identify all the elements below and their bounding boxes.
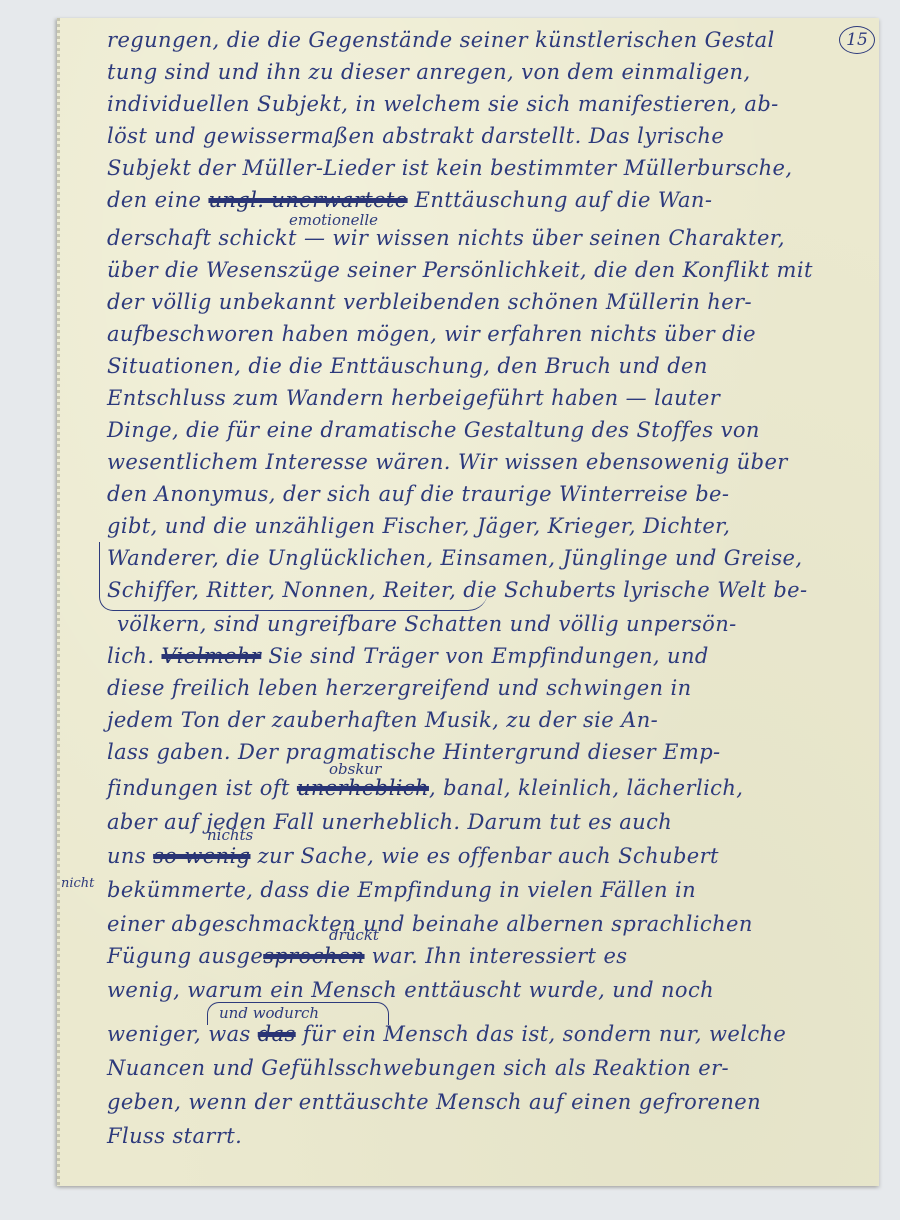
line-20-after: Sie sind Träger von Empfindungen, und xyxy=(261,644,709,668)
text-line-6: den eine ungl. unerwartete Enttäuschung … xyxy=(107,188,712,212)
text-line-17: Wanderer, die Unglücklichen, Einsamen, J… xyxy=(107,546,802,570)
text-line-12: Entschluss zum Wandern herbeigeführt hab… xyxy=(107,386,720,410)
text-line-2: tung sind und ihn zu dieser anregen, von… xyxy=(107,60,751,84)
margin-insertion-nicht: nicht xyxy=(61,876,94,891)
text-line-11: Situationen, die die Enttäuschung, den B… xyxy=(107,354,708,378)
line-6-before: den eine xyxy=(107,188,208,212)
text-line-16: gibt, und die unzähligen Fischer, Jäger,… xyxy=(107,514,730,538)
text-line-26: uns so wenig zur Sache, wie es offenbar … xyxy=(107,844,719,868)
text-line-15: den Anonymus, der sich auf die traurige … xyxy=(107,482,729,506)
line-26-before: uns xyxy=(107,844,153,868)
line-31-before: weniger, was xyxy=(107,1022,258,1046)
text-line-28: einer abgeschmackten und beinahe alberne… xyxy=(107,912,753,936)
text-line-25: aber auf jeden Fall unerheblich. Darum t… xyxy=(107,810,672,834)
line-29-after: war. Ihn interessiert es xyxy=(365,944,628,968)
text-line-18: Schiffer, Ritter, Nonnen, Reiter, die Sc… xyxy=(107,578,808,602)
line-31-after: für ein Mensch das ist, sondern nur, wel… xyxy=(296,1022,787,1046)
line-24-before: findungen ist oft xyxy=(107,776,297,800)
line-24-after: , banal, kleinlich, lächerlich, xyxy=(429,776,743,800)
manuscript-page: 15 regungen, die die Gegenstände seiner … xyxy=(57,18,879,1186)
text-line-8: über die Wesenszüge seiner Persönlichkei… xyxy=(107,258,813,282)
line-20-before: lich. xyxy=(107,644,161,668)
struck-text: sprochen xyxy=(263,944,364,968)
text-line-31: weniger, was das für ein Mensch das ist,… xyxy=(107,1022,786,1046)
text-line-20: lich. Vielmehr Sie sind Träger von Empfi… xyxy=(107,644,709,668)
line-29-before: Fügung ausge xyxy=(107,944,263,968)
text-line-4: löst und gewissermaßen abstrakt darstell… xyxy=(107,124,724,148)
text-line-21: diese freilich leben herzergreifend und … xyxy=(107,676,692,700)
text-line-27: bekümmerte, dass die Empfindung in viele… xyxy=(107,878,696,902)
text-line-29: Fügung ausgesprochen war. Ihn interessie… xyxy=(107,944,627,968)
struck-text: das xyxy=(258,1022,296,1046)
struck-text: Vielmehr xyxy=(161,644,261,668)
text-line-23: lass gaben. Der pragmatische Hintergrund… xyxy=(107,740,721,764)
struck-text: unerheblich xyxy=(297,776,429,800)
text-line-5: Subjekt der Müller-Lieder ist kein besti… xyxy=(107,156,792,180)
text-line-34: Fluss starrt. xyxy=(107,1124,242,1148)
text-line-32: Nuancen und Gefühlsschwebungen sich als … xyxy=(107,1056,729,1080)
text-line-9: der völlig unbekannt verbleibenden schön… xyxy=(107,290,752,314)
line-26-after: zur Sache, wie es offenbar auch Schubert xyxy=(251,844,719,868)
text-line-14: wesentlichem Interesse wären. Wir wissen… xyxy=(107,450,788,474)
text-line-19: völkern, sind ungreifbare Schatten und v… xyxy=(117,612,737,636)
text-line-7: derschaft schickt — wir wissen nichts üb… xyxy=(107,226,785,250)
insertion-und-wodurch: und wodurch xyxy=(219,1004,319,1022)
insertion-drueckt: drückt xyxy=(329,926,379,944)
text-line-13: Dinge, die für eine dramatische Gestaltu… xyxy=(107,418,760,442)
text-line-22: jedem Ton der zauberhaften Musik, zu der… xyxy=(107,708,658,732)
page-number-circled: 15 xyxy=(839,26,875,54)
line-6-after: Enttäuschung auf die Wan- xyxy=(408,188,713,212)
text-line-3: individuellen Subjekt, in welchem sie si… xyxy=(107,92,779,116)
text-line-10: aufbeschworen haben mögen, wir erfahren … xyxy=(107,322,756,346)
text-line-30: wenig, warum ein Mensch enttäuscht wurde… xyxy=(107,978,714,1002)
insertion-nichts: nichts xyxy=(207,826,253,844)
text-line-1: regungen, die die Gegenstände seiner kün… xyxy=(107,28,775,52)
struck-text: ungl. unerwartete xyxy=(208,188,407,212)
text-line-24: findungen ist oft unerheblich, banal, kl… xyxy=(107,776,743,800)
text-line-33: geben, wenn der enttäuschte Mensch auf e… xyxy=(107,1090,761,1114)
struck-text: so wenig xyxy=(153,844,250,868)
